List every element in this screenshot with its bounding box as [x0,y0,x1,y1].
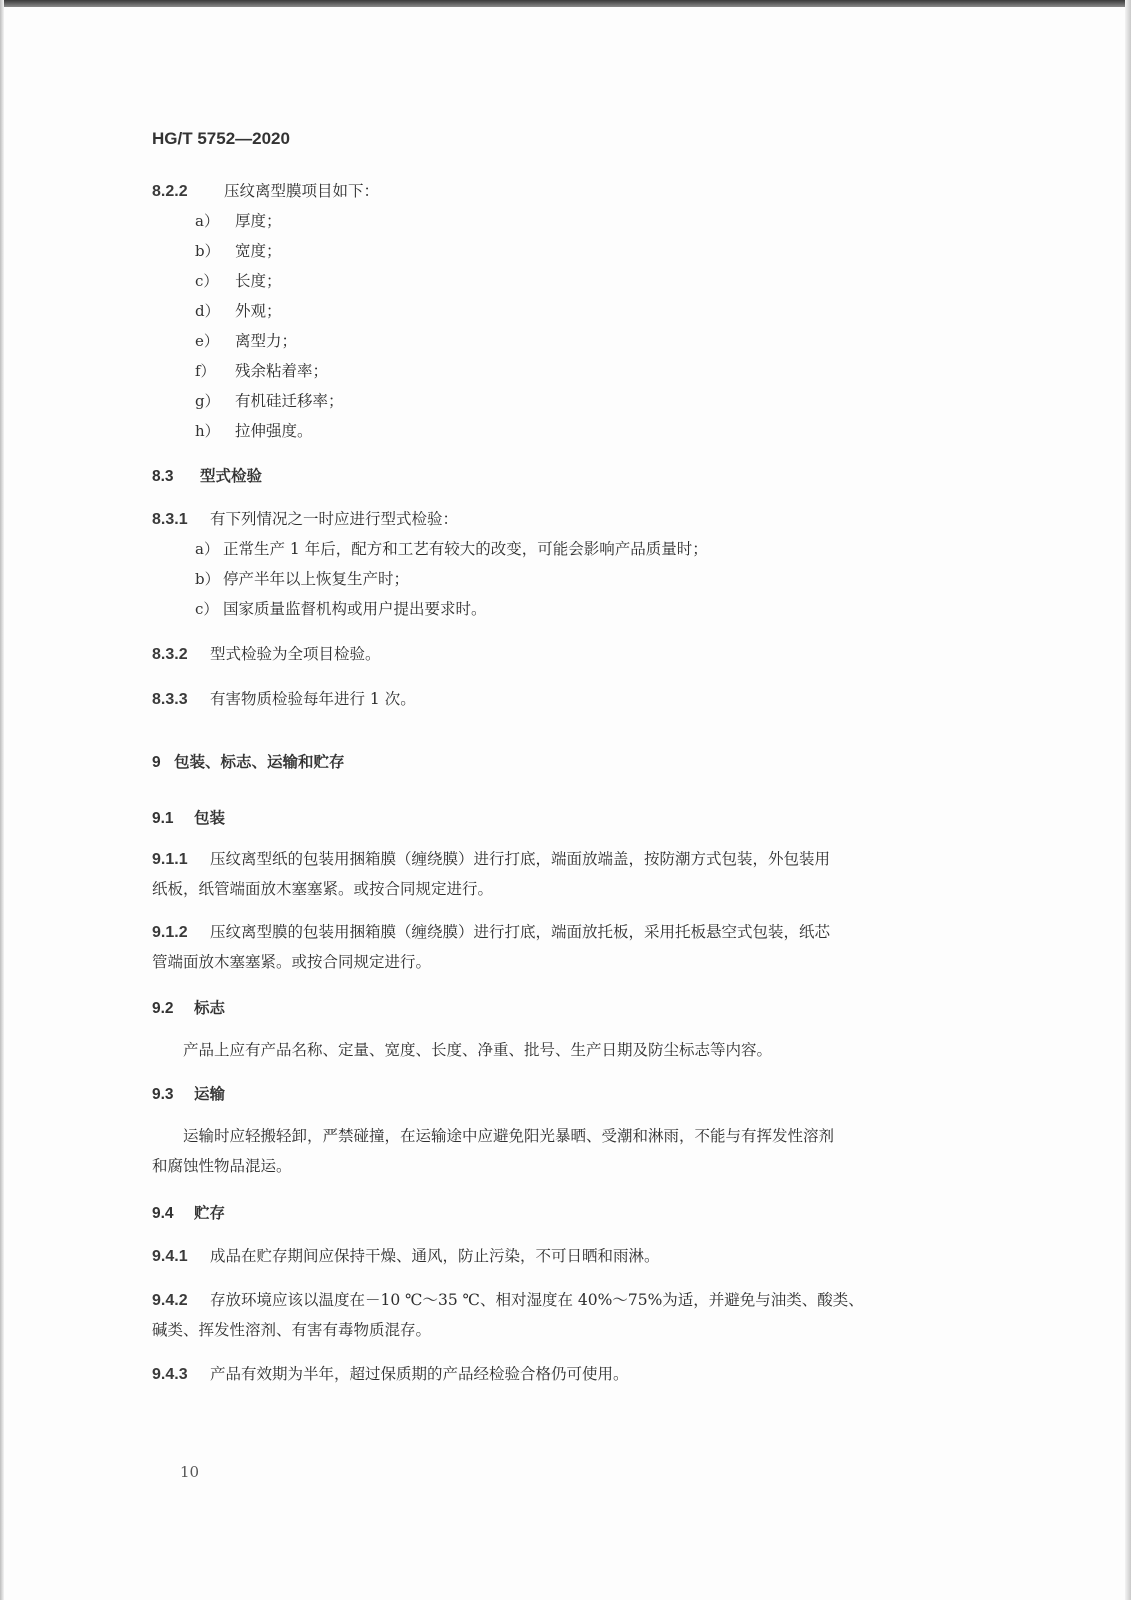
standard-code-header: HG/T 5752—2020 [152,129,290,149]
section-title: 标志 [194,1000,225,1017]
clause-number: 8.3.3 [152,691,210,709]
section-heading-9-2: 9.2标志 [152,996,225,1018]
clause-9-1-1: 9.1.1压纹离型纸的包装用捆箱膜（缠绕膜）进行打底，端面放端盖，按防潮方式包装… [152,847,830,869]
page-number: 10 [180,1463,199,1481]
list-item: c）长度； [195,269,282,291]
section-title: 包装 [194,810,225,827]
list-item: c）国家质量监督机构或用户提出要求时。 [195,597,487,619]
clause-number: 9.4.3 [152,1366,210,1384]
paragraph: 运输时应轻搬轻卸，严禁碰撞，在运输途中应避免阳光暴晒、受潮和淋雨，不能与有挥发性… [183,1124,834,1146]
clause-text: 压纹离型膜项目如下： [224,182,379,200]
chapter-number: 9 [152,754,174,772]
clause-text-continued: 碱类、挥发性溶剂、有害有毒物质混存。 [152,1318,431,1340]
list-item: g）有机硅迁移率； [195,389,344,411]
clause-text: 有下列情况之一时应进行型式检验： [210,510,458,528]
section-title: 型式检验 [200,468,262,485]
clause-9-4-3: 9.4.3产品有效期为半年，超过保质期的产品经检验合格仍可使用。 [152,1362,629,1384]
paragraph: 产品上应有产品名称、定量、宽度、长度、净重、批号、生产日期及防尘标志等内容。 [183,1038,772,1060]
clause-text: 型式检验为全项目检验。 [210,645,381,663]
section-number: 8.3 [152,468,200,486]
clause-number: 8.3.1 [152,511,210,529]
section-number: 9.1 [152,810,194,828]
clause-number: 8.3.2 [152,646,210,664]
clause-8-3-1: 8.3.1有下列情况之一时应进行型式检验： [152,507,458,529]
list-item: a）厚度； [195,209,282,231]
clause-text-continued: 纸板，纸管端面放木塞塞紧。或按合同规定进行。 [152,877,493,899]
clause-8-2-2: 8.2.2压纹离型膜项目如下： [152,179,379,201]
section-heading-8-3: 8.3型式检验 [152,464,262,486]
section-heading-9-1: 9.1包装 [152,806,225,828]
clause-number: 9.1.2 [152,924,210,942]
section-number: 9.2 [152,1000,194,1018]
section-number: 9.4 [152,1205,194,1223]
clause-number: 9.4.2 [152,1292,210,1310]
chapter-title: 包装、标志、运输和贮存 [174,754,345,771]
list-item: d）外观； [195,299,282,321]
scan-edge-right [1125,0,1131,1600]
list-item: f）残余粘着率； [195,359,328,381]
chapter-heading-9: 9包装、标志、运输和贮存 [152,750,345,772]
section-heading-9-4: 9.4贮存 [152,1201,225,1223]
paragraph-continued: 和腐蚀性物品混运。 [152,1154,292,1176]
clause-text: 有害物质检验每年进行 1 次。 [210,690,416,708]
list-item: b）宽度； [195,239,282,261]
clause-number: 8.2.2 [152,183,224,201]
list-item: e）离型力； [195,329,297,351]
clause-text: 压纹离型纸的包装用捆箱膜（缠绕膜）进行打底，端面放端盖，按防潮方式包装，外包装用 [210,850,830,868]
clause-8-3-2: 8.3.2型式检验为全项目检验。 [152,642,381,664]
clause-text-continued: 管端面放木塞塞紧。或按合同规定进行。 [152,950,431,972]
section-title: 运输 [194,1086,225,1103]
list-item: a）正常生产 1 年后，配方和工艺有较大的改变，可能会影响产品质量时； [195,537,708,559]
clause-number: 9.4.1 [152,1248,210,1266]
section-title: 贮存 [194,1205,225,1222]
list-item: b）停产半年以上恢复生产时； [195,567,409,589]
clause-text: 存放环境应该以温度在－10 ℃～35 ℃、相对湿度在 40%～75%为适，并避免… [210,1291,864,1309]
clause-text: 产品有效期为半年，超过保质期的产品经检验合格仍可使用。 [210,1365,629,1383]
clause-8-3-3: 8.3.3有害物质检验每年进行 1 次。 [152,687,416,709]
clause-9-4-1: 9.4.1成品在贮存期间应保持干燥、通风，防止污染，不可日晒和雨淋。 [152,1244,660,1266]
clause-9-4-2: 9.4.2存放环境应该以温度在－10 ℃～35 ℃、相对湿度在 40%～75%为… [152,1288,864,1310]
clause-text: 成品在贮存期间应保持干燥、通风，防止污染，不可日晒和雨淋。 [210,1247,660,1265]
scan-edge-left [0,0,4,1600]
clause-9-1-2: 9.1.2压纹离型膜的包装用捆箱膜（缠绕膜）进行打底，端面放托板，采用托板悬空式… [152,920,830,942]
scan-edge-top [0,0,1131,7]
section-heading-9-3: 9.3运输 [152,1082,225,1104]
list-item: h）拉伸强度。 [195,419,313,441]
clause-number: 9.1.1 [152,851,210,869]
clause-text: 压纹离型膜的包装用捆箱膜（缠绕膜）进行打底，端面放托板，采用托板悬空式包装，纸芯 [210,923,830,941]
section-number: 9.3 [152,1086,194,1104]
